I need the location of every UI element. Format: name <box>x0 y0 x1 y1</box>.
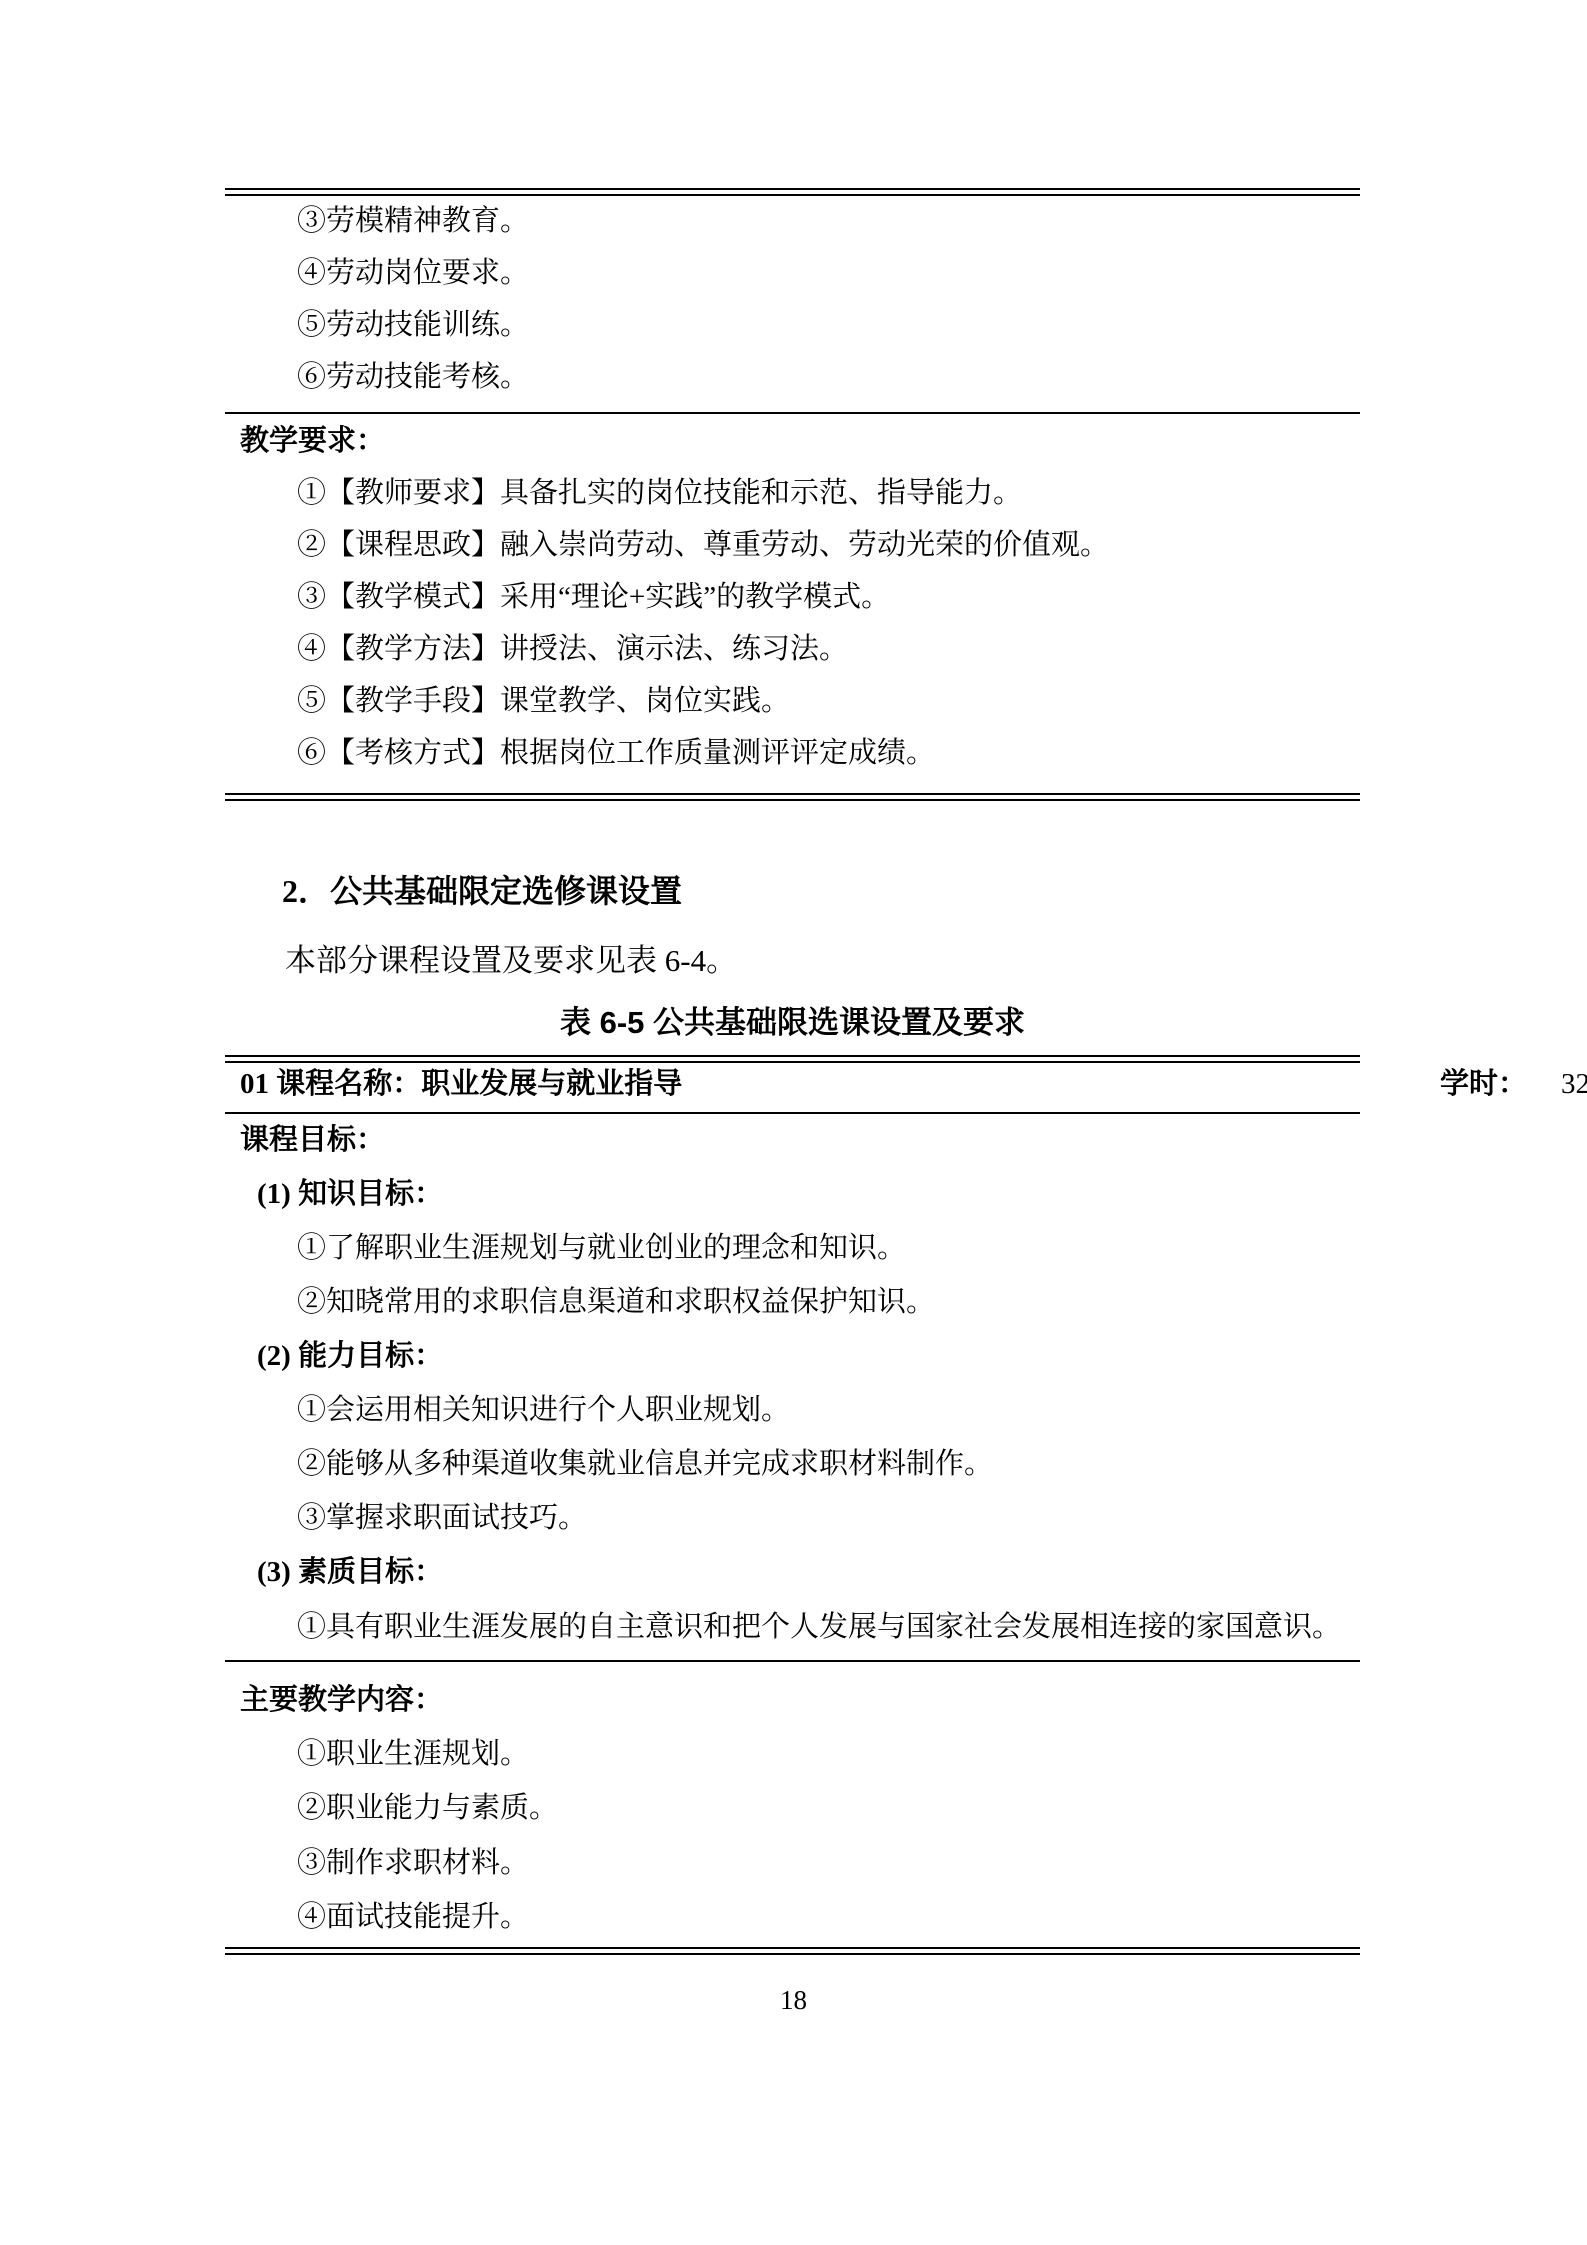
main-content-item: ③制作求职材料。 <box>225 1845 1432 1881</box>
page-number: 18 <box>0 1985 1587 2016</box>
table-row-border <box>225 1112 1360 1114</box>
table-bottom-double-border <box>225 793 1360 801</box>
objective-item: ②知晓常用的求职信息渠道和求职权益保护知识。 <box>225 1284 1432 1320</box>
objective-item: ②能够从多种渠道收集就业信息并完成求职材料制作。 <box>225 1446 1432 1482</box>
objective-item: ①具有职业生涯发展的自主意识和把个人发展与国家社会发展相连接的家国意识。 <box>225 1609 1432 1645</box>
section-paragraph: 本部分课程设置及要求见表 6-4。 <box>225 935 1420 980</box>
teaching-requirement-item: ③【教学模式】采用“理论+实践”的教学模式。 <box>225 579 1432 615</box>
teaching-requirement-item: ①【教师要求】具备扎实的岗位技能和示范、指导能力。 <box>225 475 1432 511</box>
objective-item: ③掌握求职面试技巧。 <box>225 1500 1432 1536</box>
table-row-border <box>225 1660 1360 1662</box>
teaching-requirement-item: ⑤【教学手段】课堂教学、岗位实践。 <box>225 683 1432 719</box>
main-content-item: ②职业能力与素质。 <box>225 1790 1432 1826</box>
teaching-requirements-label: 教学要求： <box>225 423 1375 459</box>
teaching-requirement-item: ②【课程思政】融入崇尚劳动、尊重劳动、劳动光荣的价值观。 <box>225 527 1432 563</box>
hours-value: 32 <box>1561 1068 1587 1100</box>
main-content-item: ④面试技能提升。 <box>225 1899 1432 1935</box>
content-item: ③劳模精神教育。 <box>225 203 1432 239</box>
objective-item: ①会运用相关知识进行个人职业规划。 <box>225 1392 1432 1428</box>
course-name-label: 01 课程名称：职业发展与就业指导 <box>240 1068 682 1100</box>
content-item: ④劳动岗位要求。 <box>225 255 1432 291</box>
table-top-double-border <box>225 188 1360 196</box>
objective-group-title: (1) 知识目标： <box>225 1176 1392 1212</box>
course-header-row: 01 课程名称：职业发展与就业指导 学时：32 <box>225 1066 1375 1102</box>
teaching-requirement-item: ⑥【考核方式】根据岗位工作质量测评评定成绩。 <box>225 735 1432 771</box>
objective-group-title: (3) 素质目标： <box>225 1554 1392 1590</box>
table-row-border <box>225 412 1360 414</box>
main-content-item: ①职业生涯规划。 <box>225 1736 1432 1772</box>
content-item: ⑥劳动技能考核。 <box>225 359 1432 395</box>
table-top-double-border <box>225 1055 1360 1063</box>
table-caption: 表 6-5 公共基础限选课设置及要求 <box>225 997 1360 1042</box>
hours-label: 学时： <box>1440 1068 1527 1100</box>
table-bottom-double-border <box>225 1947 1360 1955</box>
course-objectives-label: 课程目标： <box>225 1122 1375 1158</box>
main-content-label: 主要教学内容： <box>225 1682 1375 1718</box>
objective-item: ①了解职业生涯规划与就业创业的理念和知识。 <box>225 1230 1432 1266</box>
teaching-requirement-item: ④【教学方法】讲授法、演示法、练习法。 <box>225 631 1432 667</box>
content-item: ⑤劳动技能训练。 <box>225 307 1432 343</box>
document-page: ③劳模精神教育。 ④劳动岗位要求。 ⑤劳动技能训练。 ⑥劳动技能考核。 教学要求… <box>0 0 1587 2245</box>
objective-group-title: (2) 能力目标： <box>225 1338 1392 1374</box>
section-heading: 2．公共基础限定选修课设置 <box>225 866 1417 912</box>
course-hours: 学时：32 <box>1215 1066 1585 1102</box>
